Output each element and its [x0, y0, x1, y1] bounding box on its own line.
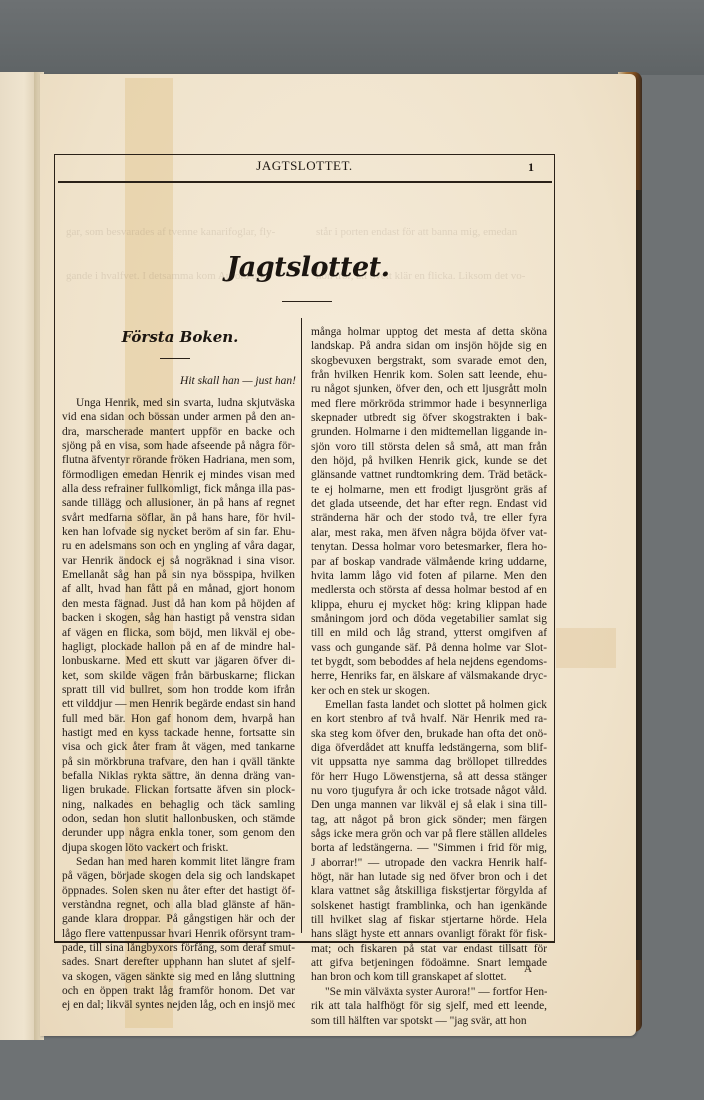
text-line: J aborrar!" — utropade den vackra Henrik… [311, 856, 547, 870]
header-rule [58, 181, 552, 183]
text-line: pade, till sina långbyxors förfång, som … [62, 941, 295, 955]
text-line: af allt, hvad han fått på en månad, gjor… [62, 582, 295, 596]
text-line: visa och gick åter fram åt vägen, med ta… [62, 740, 295, 754]
chapter-title: Jagtslottet. [120, 252, 496, 283]
text-line: full med bär. Hon gaf honom dem, hvarpå … [62, 712, 295, 726]
text-line: på sin mörkbruna trafvare, den han i qvä… [62, 755, 295, 769]
text-line: hastigt med en kyss tackade henne, forts… [62, 726, 295, 740]
text-line: borta af ledstängerna. — "Simmen i frid … [311, 841, 547, 855]
text-line: ett vilddjur — men Henrik begärde endast… [62, 697, 295, 711]
text-line: den höjd, på hvilken Henrik gick, kunde … [311, 454, 547, 468]
text-line: dra, marscherade mantert uppför en backe… [62, 425, 295, 439]
text-line: en kort stenbro af två hvalf. När Henrik… [311, 712, 547, 726]
text-line: befalla Niklas rykta sättre, än denna dr… [62, 769, 295, 783]
text-line: klippa, ehuru ej mycket hög: kring klipp… [311, 598, 547, 612]
text-line: ken han lofvade sig nycket beröm af sin … [62, 525, 295, 539]
text-line: hagligt, plockade hallon på en af de min… [62, 640, 295, 654]
text-line: småningom jord och döda vegetabilier sam… [311, 612, 547, 626]
text-line: tenytan. Dessa holmar voro betesmarker, … [311, 540, 547, 554]
text-line: sjöng på en visa, som hade afseende på n… [62, 439, 295, 453]
text-line: verstàndna regnet, och alla blad glänste… [62, 898, 295, 912]
left-column: Unga Henrik, med sin svarta, ludna skjut… [62, 396, 295, 1013]
text-line: han bron och kom till granskapet af slot… [311, 970, 547, 984]
text-line: herre, Henriks far, en älskare af välsma… [311, 669, 547, 683]
text-line: lonbuskarne. Med ett skutt var jägaren ö… [62, 654, 295, 668]
text-line: den mesta fägnad. Just då han kom på höj… [62, 597, 295, 611]
text-line: vid ena sidan och bössan under armen på … [62, 410, 295, 424]
text-line: rik att tala halfhögt för sig sjelf, med… [311, 999, 547, 1013]
text-line: landskap. På andra sidan om insjön höjde… [311, 339, 547, 353]
book-heading: Första Boken. [60, 328, 300, 346]
text-line: vass och gungande säf. På denna holme va… [311, 641, 547, 655]
text-line: tag, att något på bron gick sönder; men … [311, 813, 547, 827]
text-line: ru en adelsmans son och en yngling af vå… [62, 539, 295, 553]
text-line: öppnades. Solen sken nu åter efter det h… [62, 884, 295, 898]
text-line: ning, nalkades en behaglig och täck saml… [62, 798, 295, 812]
text-line: backen i skogen, såg han hastigt på vens… [62, 611, 295, 625]
text-line: till en mild och låg strand, ytterst omg… [311, 626, 547, 640]
text-line: många holmar upptog det mesta af detta s… [311, 325, 547, 339]
text-line: det glada utseende, det har efter regn. … [311, 497, 547, 511]
text-line: var Henrik ändock ej så nogräknad i sina… [62, 554, 295, 568]
text-line: odon, sedan hon slutit hallonbusken, och… [62, 812, 295, 826]
text-line: flutna äfventyr rörande fröken Hadriana,… [62, 453, 295, 467]
text-line: till hvilket slag af fiskar stjertarne h… [311, 913, 547, 927]
motto: Hit skall han — just han! [60, 375, 296, 387]
text-line: ej en dal; likväl syntes nejden låg, och… [62, 998, 295, 1012]
text-line: glänsande vattnet rundtomkring dem. Träd… [311, 468, 547, 482]
text-line: från hvilken Henrik kom. Solen satt leen… [311, 368, 547, 382]
text-line: par af boskap vandrade välmående kring u… [311, 555, 547, 569]
text-line: förmodligen emedan Henrik ej mindes visa… [62, 468, 295, 482]
text-line: grunden. Holmarne i den midtemellan ligg… [311, 425, 547, 439]
text-line: hans slägt hyste ett annars ovanligt för… [311, 927, 547, 941]
column-divider [301, 318, 302, 933]
text-line: ker och en stek ur skogen. [311, 684, 547, 698]
text-line: som till hälften var spotskt — "jag svär… [311, 1014, 547, 1028]
signature-mark: A [524, 963, 532, 975]
text-line: nu voro tjugufyra år och icke trotsade n… [311, 784, 547, 798]
text-line: Unga Henrik, med sin svarta, ludna skjut… [62, 396, 295, 410]
text-line: högt, när han lutade sig ned öfver bron … [311, 870, 547, 884]
text-line: Sedan han med haren kommit litet längre … [62, 855, 295, 869]
text-line: klara vattnet såg åtskilliga fiskstjerta… [311, 884, 547, 898]
text-line: sande tillägg och allusioner, än på hans… [62, 496, 295, 510]
text-line: diga öfverdådet att knuffa ledstängerna,… [311, 741, 547, 755]
text-line: ligen brukade. Flickan fortsatte äfven s… [62, 783, 295, 797]
text-line: för herr Hugo Löwenstjerna, så att dessa… [311, 770, 547, 784]
text-line: gande klara droppar. På gångstigen här o… [62, 912, 295, 926]
text-line: och en öppen trakt låg framför honom. De… [62, 984, 295, 998]
text-line: mat; och fiskaren på stat var endast til… [311, 942, 547, 956]
text-line: lågo flere vattenpussar hvari Henrik ofö… [62, 927, 295, 941]
text-line: på vägen, började skogen dela sig och la… [62, 869, 295, 883]
text-line: tet bygdt, som beboddes af hela nejdens … [311, 655, 547, 669]
text-line: medlersta och största af dessa holmar be… [311, 583, 547, 597]
text-line: svårt medfarna söflar, än på hans hare, … [62, 511, 295, 525]
text-line: hvita lamm lågo vid foten af pilarne. Me… [311, 569, 547, 583]
text-line: stränderna här och der stodo två, tre el… [311, 511, 547, 525]
text-line: skepnader utbredt sig öfver skogstrakten… [311, 411, 547, 425]
text-line: solskenet hastigt framblinka, och han ig… [311, 899, 547, 913]
text-line: alar, mest raka, men äfven några böjda ö… [311, 526, 547, 540]
text-line: att gifva betjeningen födoämne. Snart le… [311, 956, 547, 970]
text-line: med flere mörkröda strimmor hade i besyn… [311, 397, 547, 411]
background-surface [0, 0, 704, 75]
text-line: djupa skogen löto vackert och friskt. [62, 841, 295, 855]
text-line: Emellanåt såg han på sin nya bösspipa, h… [62, 568, 295, 582]
text-line: spratt till vid bullret, som hon trodde … [62, 683, 295, 697]
text-line: vit uppsatta nye samma dag bröllopet til… [311, 755, 547, 769]
text-line: Den unga mannen var likväl ej så elak i … [311, 798, 547, 812]
running-head: JAGTSLOTTET. [54, 158, 555, 174]
text-line: af vägen en flicka, som böjd, men likväl… [62, 626, 295, 640]
text-line: ru något sjunken, öfver den, och ett lju… [311, 382, 547, 396]
text-line: skogbevuxen bergstrakt, som svarade emot… [311, 354, 547, 368]
text-line: sades. Snart derefter upphann han slutet… [62, 955, 295, 969]
right-column: många holmar upptog det mesta af detta s… [311, 325, 547, 1028]
title-rule [282, 301, 332, 302]
text-line: te ej holmarne, men ett frodigt ljusgrön… [311, 483, 547, 497]
text-line: sågs icke mera grön och var på flere stä… [311, 827, 547, 841]
text-line: sjön voro till största delen så små, att… [311, 440, 547, 454]
page-number: 1 [528, 160, 534, 175]
text-line: Emellan fasta landet och slottet på holm… [311, 698, 547, 712]
paper-stain [556, 628, 616, 668]
text-line: ska steg kom öfver den, brukade han ofta… [311, 727, 547, 741]
text-line: "Se min välväxta syster Aurora!" — fortf… [311, 985, 547, 999]
text-line: va skogen, vägen sänkte sig med en lång … [62, 970, 295, 984]
book-heading-rule [160, 358, 190, 359]
text-line: derunder upp några enkla toner, som geno… [62, 826, 295, 840]
text-line: ket, som skilde vägen från bärbuskarne; … [62, 669, 295, 683]
text-line: alla dess refrainer fullkomligt, fick må… [62, 482, 295, 496]
